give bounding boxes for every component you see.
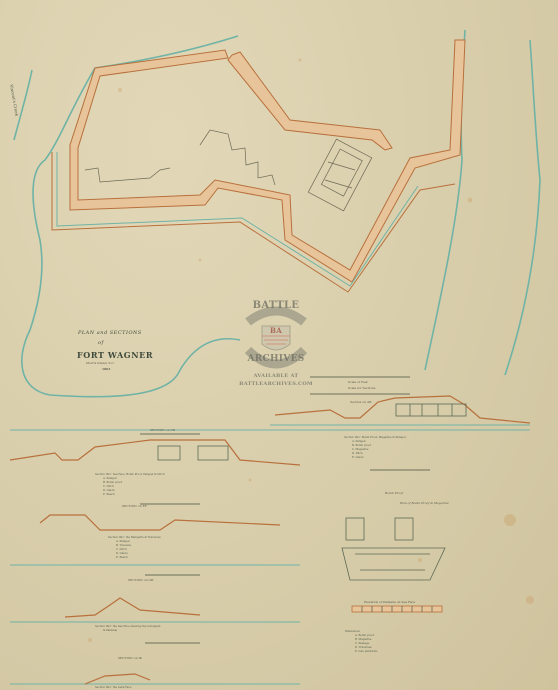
map-title: FORT WAGNER <box>77 350 153 360</box>
map-drawing <box>0 0 558 690</box>
section-profiles <box>10 396 530 684</box>
watermark-line2: BATTLEARCHIVES.COM <box>206 381 346 387</box>
section-label: SECTION on IK <box>118 656 142 660</box>
watermark-bottom: ARCHIVES <box>206 354 346 364</box>
watermark-line1: AVAILABLE AT <box>206 373 346 379</box>
section-label: SECTION on GH <box>128 578 153 582</box>
elevation-notes: ReferencesA. Bomb proofB. MagazineC. Pas… <box>345 630 377 654</box>
section-notes: Section thro' the Sea Face shewing the t… <box>95 625 160 633</box>
map-subtitle: Morris Island, S.C. <box>86 361 114 365</box>
watermark-monogram: BA <box>206 326 346 335</box>
scale-sublabel: Scale for Sections <box>348 386 375 390</box>
map-year: 1863 <box>102 367 110 371</box>
bomb-proof-sections <box>158 404 466 612</box>
map-title-of: of <box>98 340 104 346</box>
section-notes: Section thro' the Land Face <box>95 686 131 690</box>
fort-plan <box>52 40 465 292</box>
scale-label: Scale of Feet <box>348 380 368 384</box>
section-label: SECTION on CD <box>150 428 175 432</box>
section-notes: Section thro' Bomb Proof, Magazine & Par… <box>344 436 406 460</box>
elevation-caption: Elevation of Palisade on Sea Face <box>364 600 415 604</box>
bomb-proof-subtitle: Plan of Bomb Proof & Magazine <box>400 501 449 505</box>
map-sheet: PLAN and SECTIONS of FORT WAGNER Morris … <box>0 0 558 690</box>
bomb-proof-title: Bomb Proof <box>385 491 403 495</box>
section-label: Section on AB <box>350 400 371 404</box>
watermark-top: BATTLE <box>206 300 346 311</box>
map-title-line1: PLAN and SECTIONS <box>78 330 142 336</box>
section-notes: Section thro' Sea Face, Bomb Proof, Para… <box>95 473 165 497</box>
section-notes: Section thro' the Ramparts & TraversesA.… <box>108 536 161 560</box>
section-label: SECTION on EF <box>122 504 147 508</box>
